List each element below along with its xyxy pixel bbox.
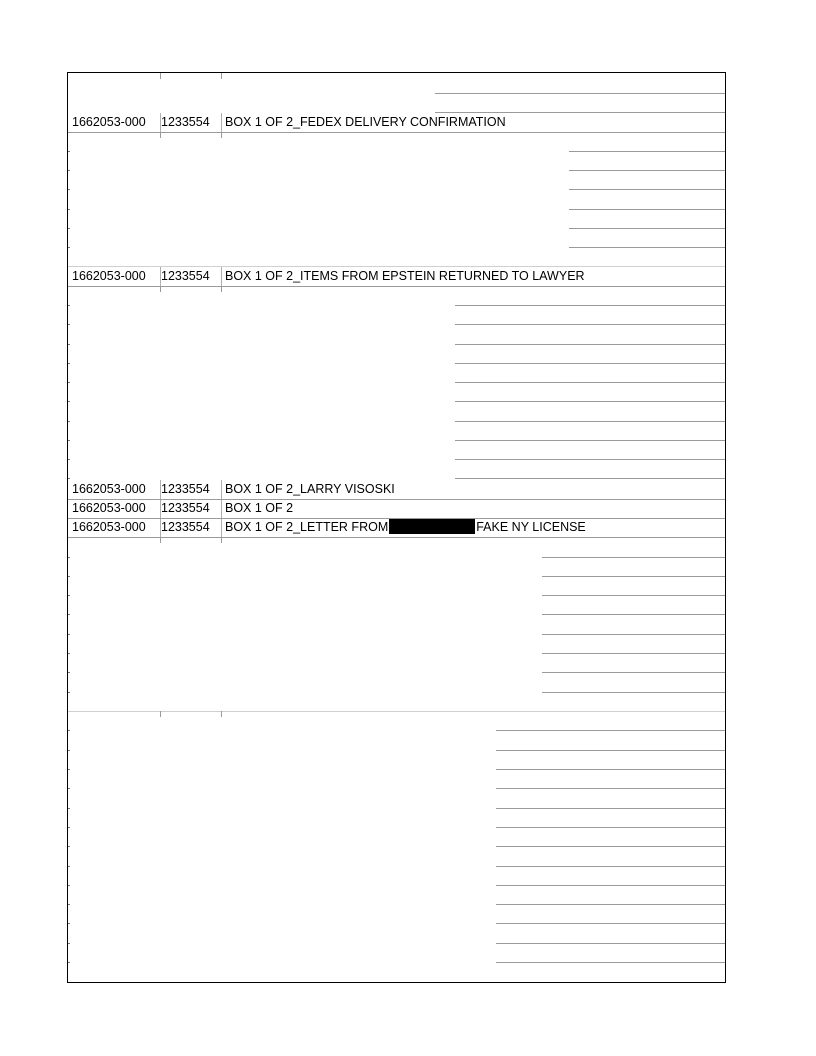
cell-number: 1233554: [161, 518, 210, 537]
row-tick: [68, 151, 70, 152]
row-tick: [68, 634, 70, 635]
gridline: [542, 653, 725, 654]
row-tick: [68, 324, 70, 325]
gridline: [496, 885, 725, 886]
gridline: [569, 247, 725, 248]
row-tick: [68, 478, 70, 479]
column-tick: [160, 286, 161, 292]
gridline: [496, 943, 725, 944]
row-tick: [68, 363, 70, 364]
row-tick: [68, 943, 70, 944]
row-tick: [68, 692, 70, 693]
gridline: [542, 692, 725, 693]
cell-number: 1233554: [161, 480, 210, 499]
row-tick: [68, 440, 70, 441]
column-tick: [221, 132, 222, 138]
gridline: [455, 344, 725, 345]
row-tick: [68, 421, 70, 422]
column-tick: [160, 537, 161, 543]
row-tick: [68, 228, 70, 229]
gridline: [455, 382, 725, 383]
cell-description: BOX 1 OF 2_FEDEX DELIVERY CONFIRMATION: [225, 113, 506, 132]
cell-number: 1233554: [161, 499, 210, 518]
cell-number: 1233554: [161, 113, 210, 132]
gridline: [455, 305, 725, 306]
gridline: [435, 93, 725, 94]
gridline: [542, 672, 725, 673]
row-tick: [68, 209, 70, 210]
gridline: [569, 189, 725, 190]
cell-number: 1233554: [161, 267, 210, 286]
row-tick: [68, 769, 70, 770]
table-row: 1662053-000 1233554 BOX 1 OF 2_ITEMS FRO…: [68, 267, 725, 286]
column-tick: [221, 73, 222, 79]
row-tick: [68, 885, 70, 886]
gridline: [569, 170, 725, 171]
table-row: 1662053-000 1233554 BOX 1 OF 2_LARRY VIS…: [68, 480, 725, 499]
gridline: [496, 769, 725, 770]
gridline: [496, 827, 725, 828]
gridline: [569, 209, 725, 210]
row-tick: [68, 595, 70, 596]
cell-id: 1662053-000: [72, 518, 146, 537]
gridline: [496, 923, 725, 924]
redaction-block: [389, 519, 475, 534]
description-suffix: FAKE NY LICENSE: [476, 520, 586, 534]
row-tick: [68, 576, 70, 577]
gridline: [455, 440, 725, 441]
row-tick: [68, 382, 70, 383]
cell-description: BOX 1 OF 2_ITEMS FROM EPSTEIN RETURNED T…: [225, 267, 585, 286]
cell-id: 1662053-000: [72, 480, 146, 499]
gridline: [435, 112, 725, 113]
row-tick: [68, 672, 70, 673]
column-tick: [160, 73, 161, 79]
gridline: [455, 478, 725, 479]
gridline: [542, 557, 725, 558]
gridline: [68, 711, 725, 712]
cell-description: BOX 1 OF 2_LARRY VISOSKI: [225, 480, 395, 499]
table-row: 1662053-000 1233554 BOX 1 OF 2_FEDEX DEL…: [68, 113, 725, 132]
row-tick: [68, 459, 70, 460]
row-tick: [68, 557, 70, 558]
gridline: [68, 286, 725, 287]
gridline: [455, 363, 725, 364]
column-tick: [221, 537, 222, 543]
row-tick: [68, 653, 70, 654]
column-tick: [221, 711, 222, 717]
gridline: [496, 808, 725, 809]
gridline: [542, 595, 725, 596]
row-tick: [68, 247, 70, 248]
row-tick: [68, 305, 70, 306]
gridline: [455, 459, 725, 460]
gridline: [496, 962, 725, 963]
gridline: [542, 634, 725, 635]
gridline: [496, 846, 725, 847]
gridline: [455, 401, 725, 402]
gridline: [496, 904, 725, 905]
gridline: [496, 788, 725, 789]
table-row: 1662053-000 1233554 BOX 1 OF 2_LETTER FR…: [68, 518, 725, 537]
cell-id: 1662053-000: [72, 113, 146, 132]
cell-id: 1662053-000: [72, 267, 146, 286]
row-tick: [68, 614, 70, 615]
row-tick: [68, 866, 70, 867]
row-tick: [68, 904, 70, 905]
gridline: [68, 537, 725, 538]
gridline: [496, 730, 725, 731]
gridline: [569, 151, 725, 152]
column-tick: [160, 132, 161, 138]
gridline: [455, 421, 725, 422]
cell-id: 1662053-000: [72, 499, 146, 518]
row-tick: [68, 923, 70, 924]
gridline: [496, 866, 725, 867]
row-tick: [68, 750, 70, 751]
gridline: [542, 614, 725, 615]
gridline: [542, 576, 725, 577]
spreadsheet-page: 1662053-000 1233554 BOX 1 OF 2_FEDEX DEL…: [67, 72, 726, 983]
row-tick: [68, 846, 70, 847]
gridline: [68, 499, 725, 500]
column-tick: [221, 286, 222, 292]
row-tick: [68, 730, 70, 731]
row-tick: [68, 827, 70, 828]
column-tick: [160, 711, 161, 717]
row-tick: [68, 808, 70, 809]
gridline: [569, 228, 725, 229]
gridline: [455, 324, 725, 325]
row-tick: [68, 401, 70, 402]
gridline: [68, 266, 725, 267]
row-tick: [68, 344, 70, 345]
row-tick: [68, 170, 70, 171]
gridline: [68, 132, 725, 133]
description-prefix: BOX 1 OF 2_LETTER FROM: [225, 520, 388, 534]
table-row: 1662053-000 1233554 BOX 1 OF 2: [68, 499, 725, 518]
gridline: [68, 518, 725, 519]
gridline: [496, 750, 725, 751]
row-tick: [68, 788, 70, 789]
row-tick: [68, 189, 70, 190]
row-tick: [68, 962, 70, 963]
cell-description: BOX 1 OF 2_LETTER FROMFAKE NY LICENSE: [225, 518, 586, 537]
cell-description: BOX 1 OF 2: [225, 499, 293, 518]
